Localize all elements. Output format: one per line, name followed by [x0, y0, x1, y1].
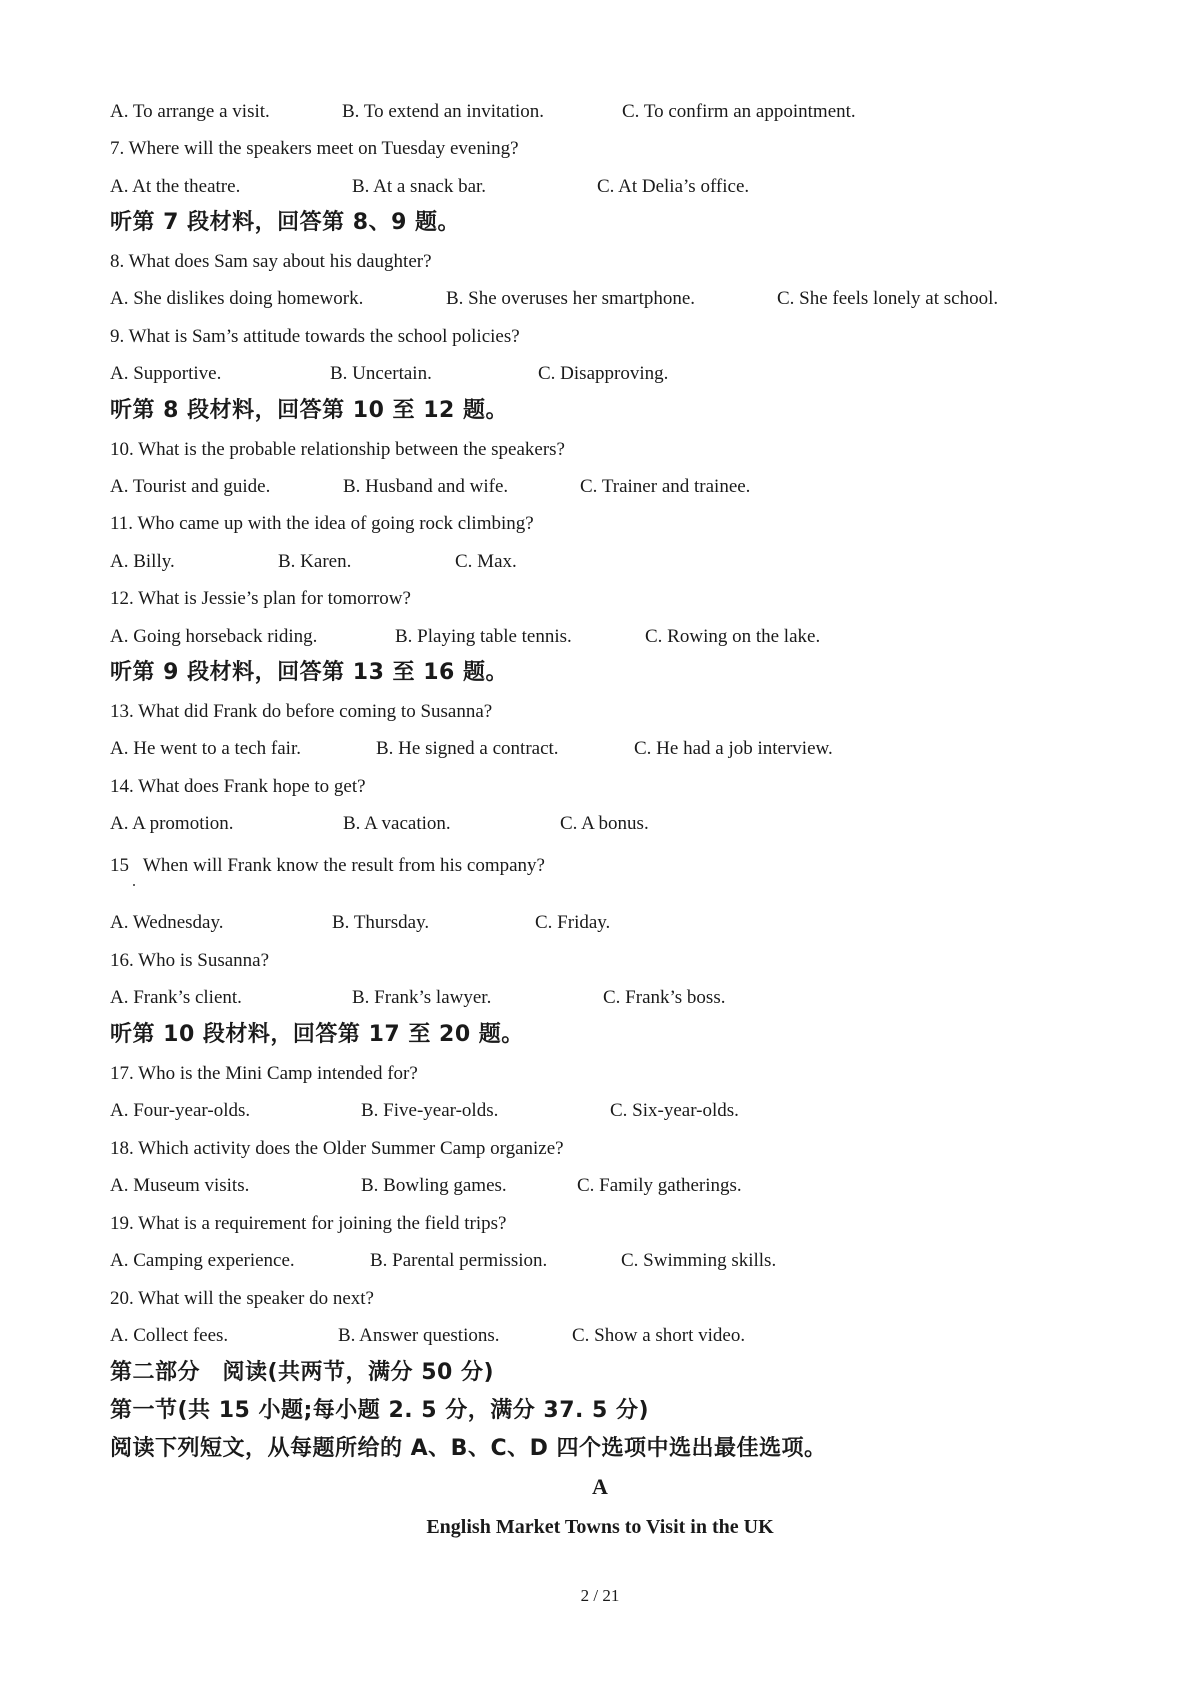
- q12-option-c: C. Rowing on the lake.: [645, 625, 820, 649]
- q11-option-a: A. Billy.: [110, 550, 175, 574]
- reading-part-heading: 第二部分 阅读(共两节，满分 50 分): [110, 1359, 494, 1387]
- passage-title: English Market Towns to Visit in the UK: [0, 1516, 1200, 1539]
- q13-option-b: B. He signed a contract.: [376, 737, 559, 761]
- q13-question: 13. What did Frank do before coming to S…: [110, 700, 492, 724]
- q14-option-c: C. A bonus.: [560, 812, 649, 836]
- reading-section-heading: 第一节(共 15 小题;每小题 2. 5 分，满分 37. 5 分): [110, 1397, 649, 1425]
- q20-option-c: C. Show a short video.: [572, 1324, 745, 1348]
- q6-option-c: C. To confirm an appointment.: [622, 100, 856, 124]
- q7-question: 7. Where will the speakers meet on Tuesd…: [110, 137, 519, 161]
- q9-option-b: B. Uncertain.: [330, 362, 432, 386]
- q12-option-a: A. Going horseback riding.: [110, 625, 317, 649]
- q6-option-b: B. To extend an invitation.: [342, 100, 544, 124]
- q12-question: 12. What is Jessie’s plan for tomorrow?: [110, 587, 411, 611]
- q14-option-a: A. A promotion.: [110, 812, 234, 836]
- q13-option-a: A. He went to a tech fair.: [110, 737, 301, 761]
- page-number: 2 / 21: [0, 1586, 1200, 1606]
- q10-option-b: B. Husband and wife.: [343, 475, 508, 499]
- q19-option-c: C. Swimming skills.: [621, 1249, 776, 1273]
- q10-option-c: C. Trainer and trainee.: [580, 475, 750, 499]
- q14-option-b: B. A vacation.: [343, 812, 451, 836]
- q15-option-c: C. Friday.: [535, 911, 610, 935]
- q8-question: 8. What does Sam say about his daughter?: [110, 250, 432, 274]
- q12-option-b: B. Playing table tennis.: [395, 625, 572, 649]
- reading-instructions: 阅读下列短文，从每题所给的 A、B、C、D 四个选项中选出最佳选项。: [110, 1435, 827, 1463]
- q7-option-a: A. At the theatre.: [110, 175, 240, 199]
- q18-option-b: B. Bowling games.: [361, 1174, 507, 1198]
- q18-option-c: C. Family gatherings.: [577, 1174, 742, 1198]
- q9-option-c: C. Disapproving.: [538, 362, 668, 386]
- q10-option-a: A. Tourist and guide.: [110, 475, 270, 499]
- q8-option-b: B. She overuses her smartphone.: [446, 287, 695, 311]
- q20-question: 20. What will the speaker do next?: [110, 1287, 374, 1311]
- q17-question: 17. Who is the Mini Camp intended for?: [110, 1062, 418, 1086]
- q17-option-b: B. Five-year-olds.: [361, 1099, 498, 1123]
- section7-heading: 听第 7 段材料，回答第 8、9 题。: [110, 209, 460, 237]
- q16-question: 16. Who is Susanna?: [110, 949, 269, 973]
- q19-option-a: A. Camping experience.: [110, 1249, 295, 1273]
- q8-option-c: C. She feels lonely at school.: [777, 287, 998, 311]
- q8-option-a: A. She dislikes doing homework.: [110, 287, 363, 311]
- q11-option-b: B. Karen.: [278, 550, 351, 574]
- q19-option-b: B. Parental permission.: [370, 1249, 547, 1273]
- q15-question: 15 When will Frank know the result from …: [110, 854, 545, 878]
- q14-question: 14. What does Frank hope to get?: [110, 775, 366, 799]
- q9-question: 9. What is Sam’s attitude towards the sc…: [110, 325, 520, 349]
- section9-heading: 听第 9 段材料，回答第 13 至 16 题。: [110, 659, 508, 687]
- q16-option-c: C. Frank’s boss.: [603, 986, 725, 1010]
- q9-option-a: A. Supportive.: [110, 362, 221, 386]
- q11-question: 11. Who came up with the idea of going r…: [110, 512, 534, 536]
- q7-option-c: C. At Delia’s office.: [597, 175, 749, 199]
- q18-option-a: A. Museum visits.: [110, 1174, 249, 1198]
- q15-option-a: A. Wednesday.: [110, 911, 224, 935]
- q16-option-a: A. Frank’s client.: [110, 986, 242, 1010]
- q17-option-a: A. Four-year-olds.: [110, 1099, 250, 1123]
- q16-option-b: B. Frank’s lawyer.: [352, 986, 491, 1010]
- passage-letter: A: [0, 1474, 1200, 1500]
- q19-question: 19. What is a requirement for joining th…: [110, 1212, 506, 1236]
- section8-heading: 听第 8 段材料，回答第 10 至 12 题。: [110, 397, 508, 425]
- stray-dot: [133, 884, 135, 886]
- section10-heading: 听第 10 段材料，回答第 17 至 20 题。: [110, 1021, 524, 1049]
- q10-question: 10. What is the probable relationship be…: [110, 438, 565, 462]
- q11-option-c: C. Max.: [455, 550, 517, 574]
- q20-option-b: B. Answer questions.: [338, 1324, 500, 1348]
- q20-option-a: A. Collect fees.: [110, 1324, 228, 1348]
- q17-option-c: C. Six-year-olds.: [610, 1099, 739, 1123]
- q13-option-c: C. He had a job interview.: [634, 737, 833, 761]
- q15-option-b: B. Thursday.: [332, 911, 429, 935]
- q6-option-a: A. To arrange a visit.: [110, 100, 270, 124]
- q18-question: 18. Which activity does the Older Summer…: [110, 1137, 564, 1161]
- q7-option-b: B. At a snack bar.: [352, 175, 486, 199]
